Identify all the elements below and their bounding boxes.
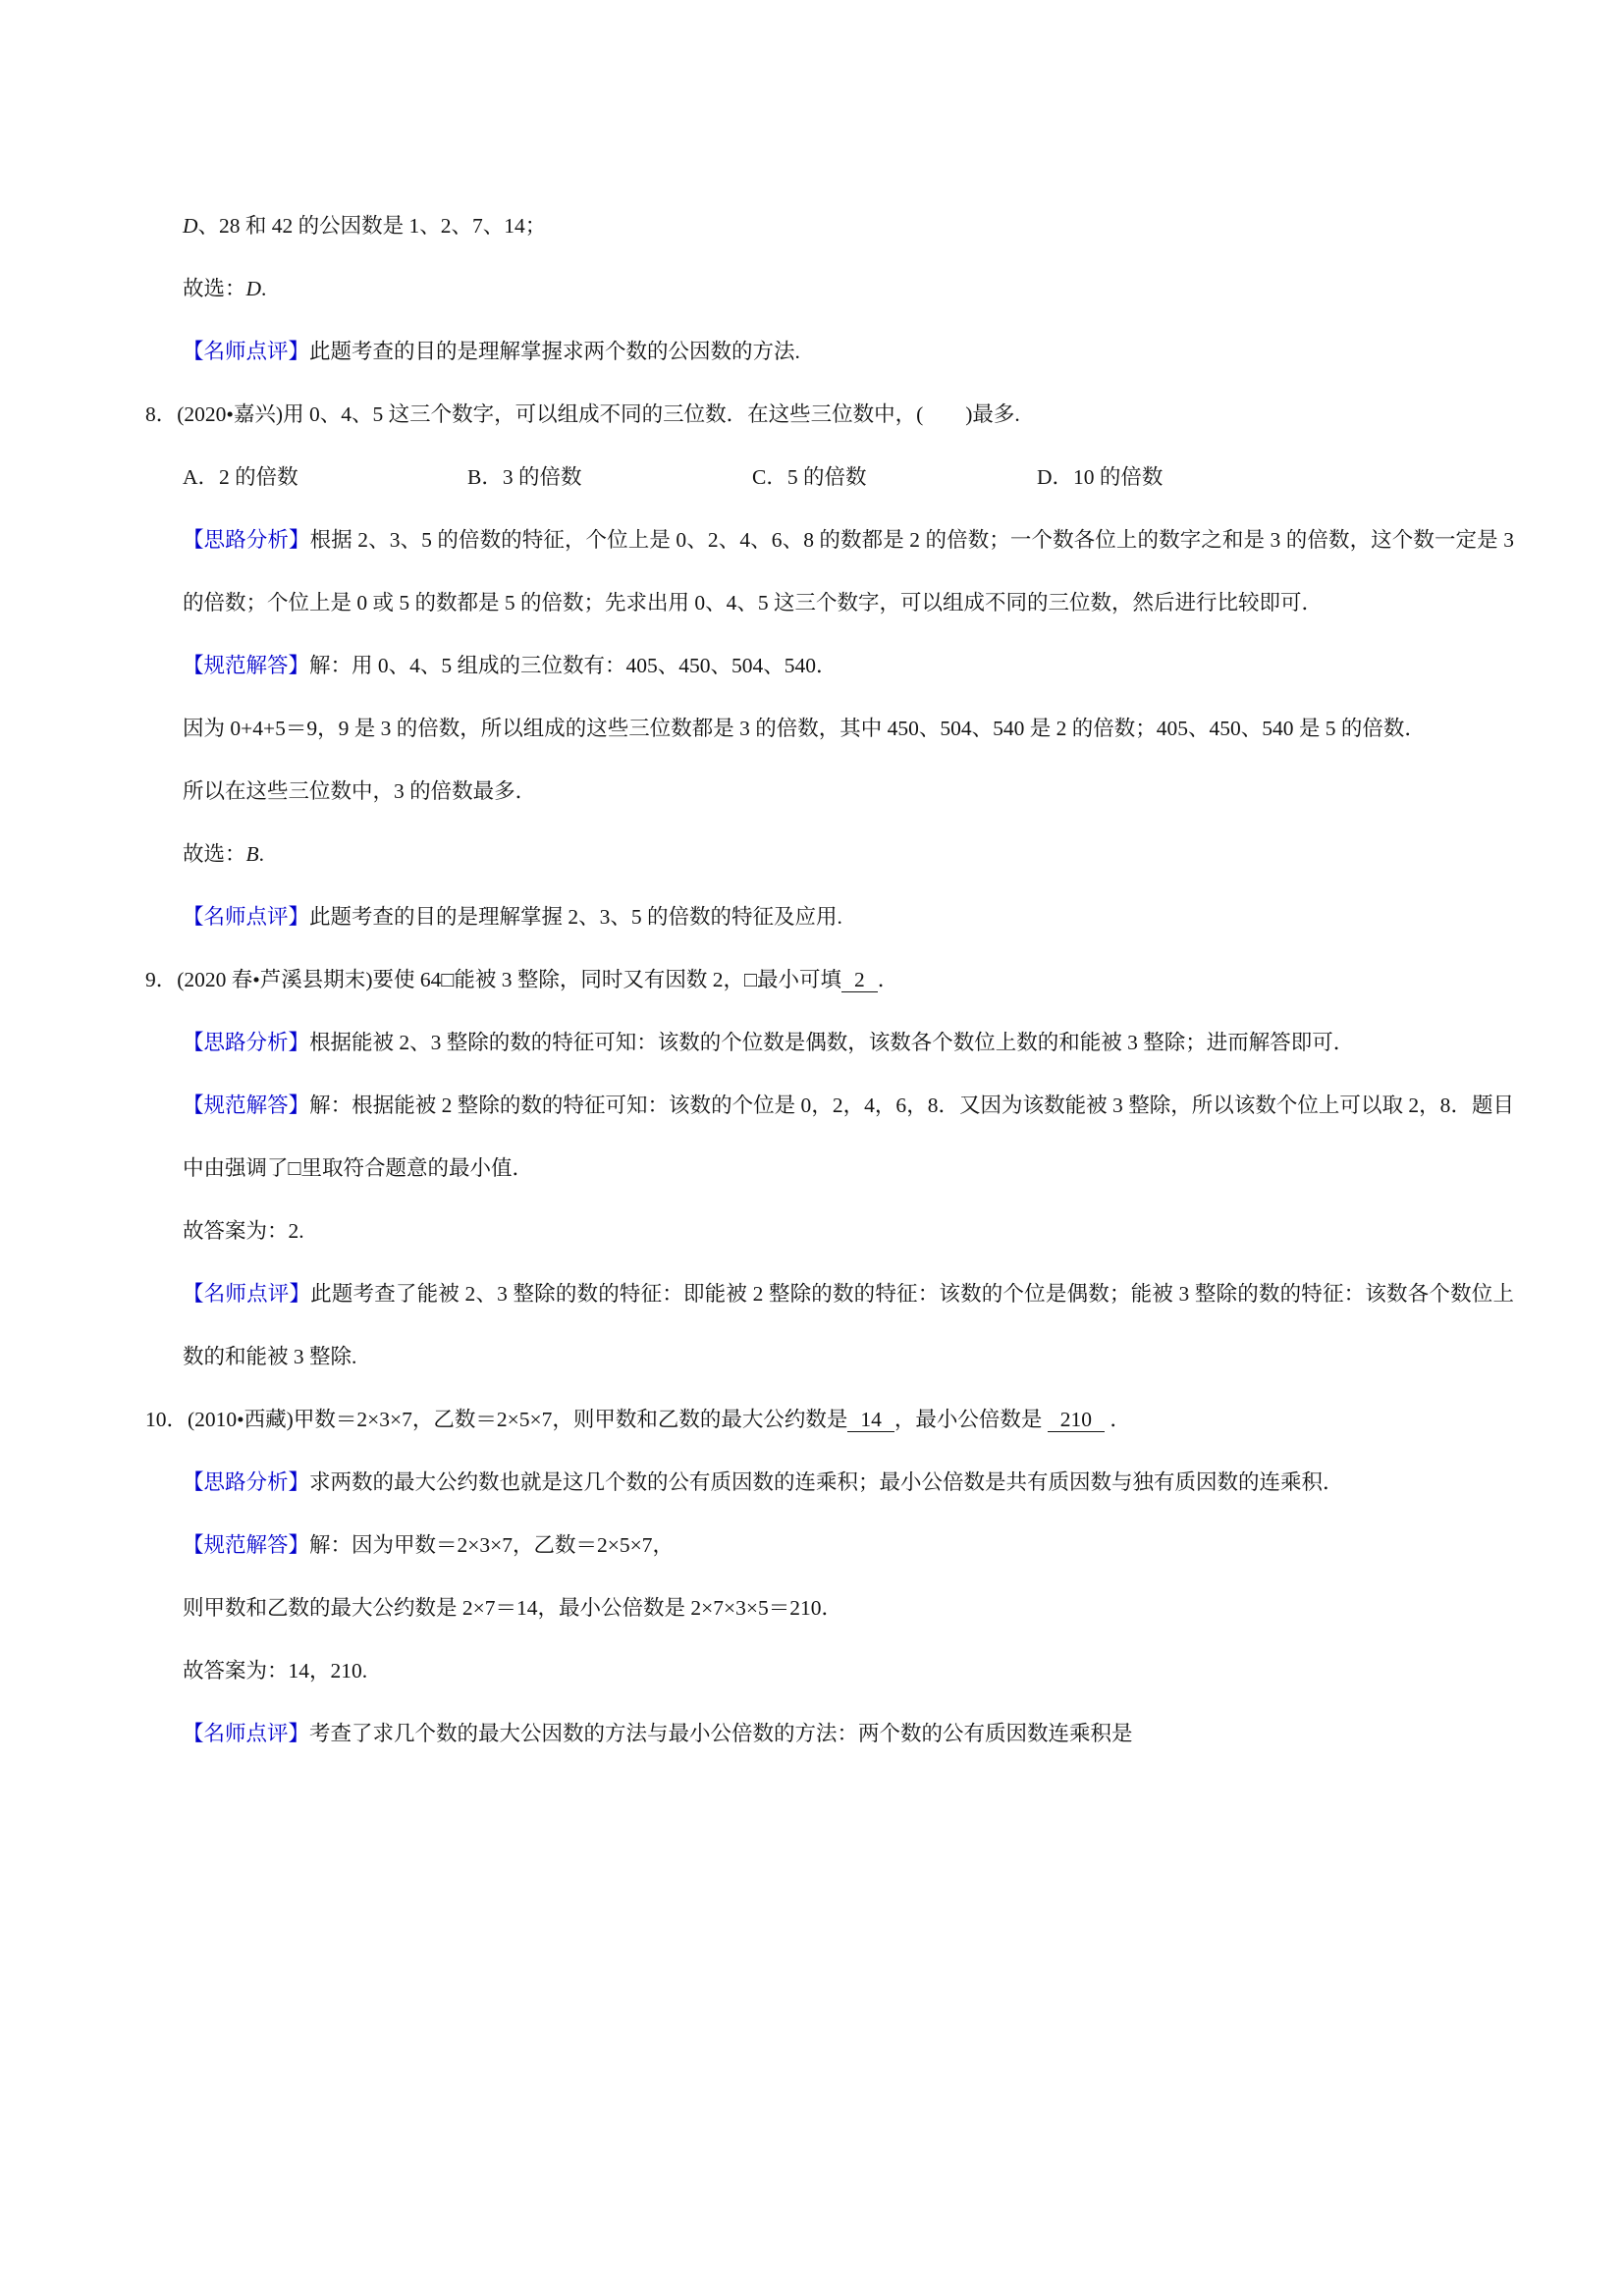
- text-run: ．: [878, 968, 899, 991]
- text-run: 故答案为：2.: [183, 1219, 304, 1243]
- option-c: C．5 的倍数: [752, 446, 1037, 508]
- q8-solution-3: 所以在这些三位数中，3 的倍数最多．: [145, 760, 1514, 823]
- q10-solution-2: 则甲数和乙数的最大公约数是 2×7＝14，最小公倍数是 2×7×3×5＝210．: [145, 1576, 1514, 1639]
- q9-teacher-comment: 【名师点评】此题考查了能被 2、3 整除的数的特征：即能被 2 整除的数的特征：…: [145, 1262, 1514, 1388]
- question-8: 8．(2020•嘉兴)用 0、4、5 这三个数字，可以组成不同的三位数．在这些三…: [145, 383, 1514, 446]
- q8-conclusion: 故选：B.: [145, 823, 1514, 885]
- q10-analysis: 【思路分析】求两数的最大公约数也就是这几个数的公有质因数的连乘积；最小公倍数是共…: [145, 1451, 1514, 1514]
- section-label: 【思路分析】: [183, 1470, 309, 1494]
- text-run: 9．(2020 春•芦溪县期末)要使 64□能被 3 整除，同时又有因数 2，□…: [145, 968, 841, 991]
- text-run: 考查了求几个数的最大公因数的方法与最小公倍数的方法：两个数的公有质因数连乘积是: [309, 1722, 1133, 1745]
- text-run: 8．(2020•嘉兴)用 0、4、5 这三个数字，可以组成不同的三位数．在这些三…: [145, 402, 1020, 426]
- section-label: 【名师点评】: [183, 340, 309, 363]
- text-run: 根据 2、3、5 的倍数的特征，个位上是 0、2、4、6、8 的数都是 2 的倍…: [183, 528, 1514, 614]
- text-run: 故选：: [183, 842, 246, 866]
- q7-teacher-comment: 【名师点评】此题考查的目的是理解掌握求两个数的公因数的方法.: [145, 320, 1514, 383]
- section-label: 【思路分析】: [183, 1031, 309, 1054]
- answer-letter: B: [246, 842, 259, 866]
- document-body: D、28 和 42 的公因数是 1、2、7、14；故选：D.【名师点评】此题考查…: [145, 194, 1514, 1765]
- q7-answer-d-line: D、28 和 42 的公因数是 1、2、7、14；: [145, 194, 1514, 257]
- section-label: 【思路分析】: [183, 528, 310, 552]
- text-run: .: [259, 842, 264, 866]
- answer-blank: 210: [1048, 1408, 1105, 1432]
- option-b: B．3 的倍数: [467, 446, 752, 508]
- text-run: 此题考查的目的是理解掌握 2、3、5 的倍数的特征及应用.: [309, 905, 842, 929]
- text-run: 解：因为甲数＝2×3×7，乙数＝2×5×7，: [309, 1533, 674, 1557]
- q9-solution: 【规范解答】解：根据能被 2 整除的数的特征可知：该数的个位是 0，2，4，6，…: [145, 1074, 1514, 1200]
- q8-solution-2: 因为 0+4+5＝9，9 是 3 的倍数，所以组成的这些三位数都是 3 的倍数，…: [145, 697, 1514, 760]
- section-label: 【名师点评】: [183, 1722, 309, 1745]
- text-run: 故选：: [183, 277, 246, 300]
- text-run: 此题考查了能被 2、3 整除的数的特征：即能被 2 整除的数的特征：该数的个位是…: [183, 1282, 1514, 1368]
- text-run: 根据能被 2、3 整除的数的特征可知：该数的个位数是偶数，该数各个数位上数的和能…: [309, 1031, 1354, 1054]
- answer-blank: 2: [841, 968, 878, 992]
- text-run: 解：根据能被 2 整除的数的特征可知：该数的个位是 0，2，4，6，8．又因为该…: [183, 1094, 1514, 1180]
- text-run: ，最小公倍数是: [894, 1408, 1048, 1431]
- text-run: 所以在这些三位数中，3 的倍数最多．: [183, 779, 536, 803]
- text-run: 则甲数和乙数的最大公约数是 2×7＝14，最小公倍数是 2×7×3×5＝210．: [183, 1596, 842, 1620]
- q8-teacher-comment: 【名师点评】此题考查的目的是理解掌握 2、3、5 的倍数的特征及应用.: [145, 885, 1514, 948]
- answer-letter: D: [183, 214, 198, 238]
- section-label: 【规范解答】: [183, 1094, 309, 1117]
- answer-blank: 14: [847, 1408, 894, 1432]
- text-run: 、28 和 42 的公因数是 1、2、7、14；: [198, 214, 547, 238]
- q10-solution: 【规范解答】解：因为甲数＝2×3×7，乙数＝2×5×7，: [145, 1514, 1514, 1576]
- section-label: 【规范解答】: [183, 654, 309, 677]
- q8-solution: 【规范解答】解：用 0、4、5 组成的三位数有：405、450、504、540．: [145, 634, 1514, 697]
- question-10: 10．(2010•西藏)甲数＝2×3×7，乙数＝2×5×7，则甲数和乙数的最大公…: [145, 1388, 1514, 1451]
- answer-letter: D: [246, 277, 262, 300]
- section-label: 【名师点评】: [183, 905, 309, 929]
- document-page: D、28 和 42 的公因数是 1、2、7、14；故选：D.【名师点评】此题考查…: [0, 0, 1624, 2296]
- q9-conclusion: 故答案为：2.: [145, 1200, 1514, 1262]
- text-run: 解：用 0、4、5 组成的三位数有：405、450、504、540．: [309, 654, 838, 677]
- section-label: 【名师点评】: [183, 1282, 310, 1306]
- q8-options: A．2 的倍数B．3 的倍数C．5 的倍数D．10 的倍数: [145, 446, 1514, 508]
- text-run: 此题考查的目的是理解掌握求两个数的公因数的方法.: [309, 340, 800, 363]
- text-run: 求两数的最大公约数也就是这几个数的公有质因数的连乘积；最小公倍数是共有质因数与独…: [309, 1470, 1344, 1494]
- q10-conclusion: 故答案为：14，210.: [145, 1639, 1514, 1702]
- option-d: D．10 的倍数: [1037, 446, 1163, 508]
- question-9: 9．(2020 春•芦溪县期末)要使 64□能被 3 整除，同时又有因数 2，□…: [145, 948, 1514, 1011]
- text-run: .: [261, 277, 266, 300]
- q10-teacher-comment: 【名师点评】考查了求几个数的最大公因数的方法与最小公倍数的方法：两个数的公有质因…: [145, 1702, 1514, 1765]
- q9-analysis: 【思路分析】根据能被 2、3 整除的数的特征可知：该数的个位数是偶数，该数各个数…: [145, 1011, 1514, 1074]
- text-run: 故答案为：14，210.: [183, 1659, 367, 1682]
- section-label: 【规范解答】: [183, 1533, 309, 1557]
- text-run: ．: [1105, 1408, 1131, 1431]
- text-run: 10．(2010•西藏)甲数＝2×3×7，乙数＝2×5×7，则甲数和乙数的最大公…: [145, 1408, 847, 1431]
- option-a: A．2 的倍数: [183, 446, 467, 508]
- q7-conclusion: 故选：D.: [145, 257, 1514, 320]
- text-run: 因为 0+4+5＝9，9 是 3 的倍数，所以组成的这些三位数都是 3 的倍数，…: [183, 717, 1426, 740]
- q8-analysis: 【思路分析】根据 2、3、5 的倍数的特征，个位上是 0、2、4、6、8 的数都…: [145, 508, 1514, 634]
